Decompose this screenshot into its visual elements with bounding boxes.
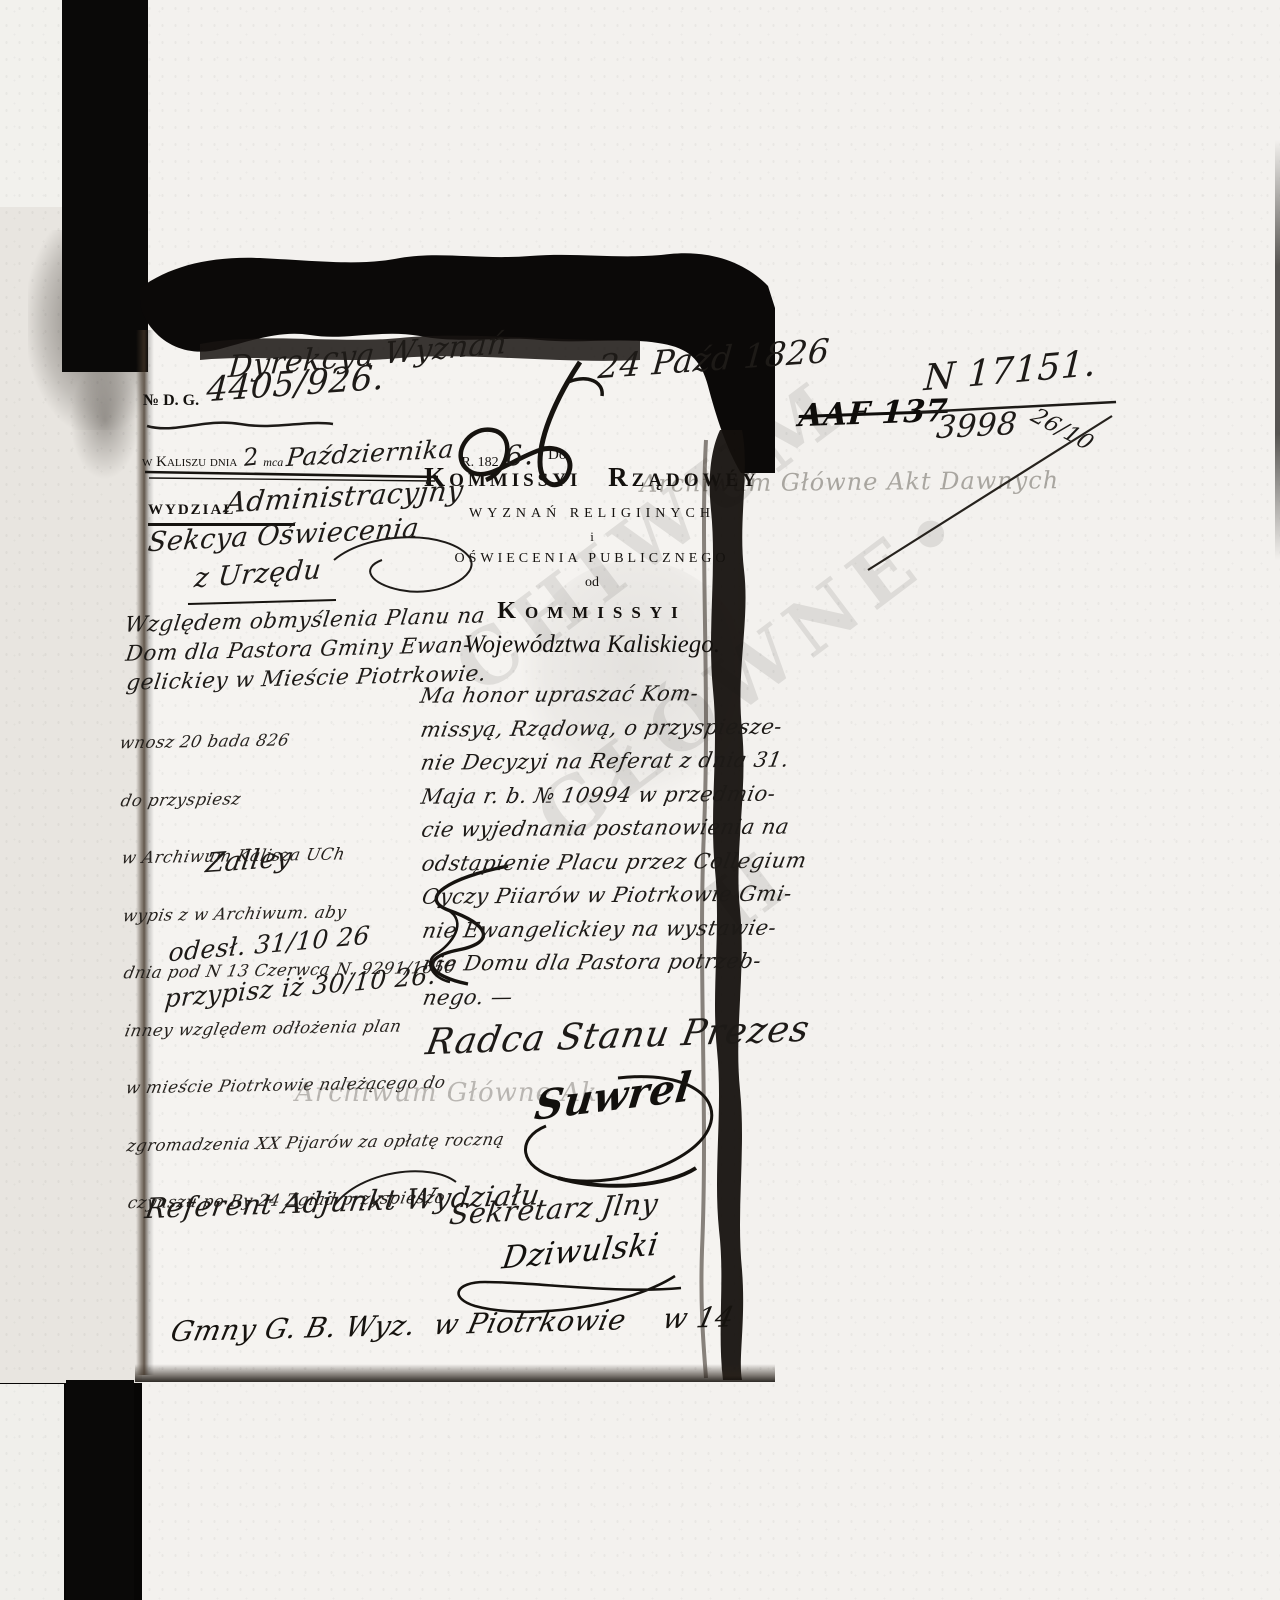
- body-line: cie wyjednania postanowienia na: [418, 810, 809, 847]
- file-number-label: № D. G.: [143, 392, 199, 410]
- referent-flourish: [330, 1160, 460, 1210]
- right-border-artifact: [1275, 140, 1280, 560]
- body-line: nie Ewangelickiey na wystawie-: [419, 911, 810, 948]
- diagonal-pen-slash: [860, 408, 1120, 578]
- month-hand: Października: [285, 434, 456, 472]
- note-line: zgromadzenia XX Pijarów za opłatę roczną: [125, 1129, 506, 1155]
- note-line: w mieście Piotrkowie należącego do: [124, 1072, 505, 1098]
- top-left-white-block: [0, 0, 63, 207]
- body-line: nego. —: [420, 978, 811, 1015]
- film-strip-top: [62, 0, 148, 372]
- bottom-left-white-block: [0, 1384, 64, 1600]
- sekcya-flourish: [330, 520, 480, 610]
- body-line: Maja r. b. № 10994 w przedmio-: [418, 777, 809, 814]
- left-sheet-stain-2: [70, 360, 140, 480]
- page-bottom-shadow: [135, 1364, 775, 1382]
- letter-body: Ma honor upraszać Kom- missyą, Rządową, …: [424, 676, 811, 1014]
- film-strip-bottom: [66, 1380, 134, 1600]
- body-line: nie Domu dla Pastora potrzeb-: [420, 944, 811, 981]
- note-signature: Zalley: [204, 842, 295, 879]
- body-line: missyą, Rządową, o przyspiesze-: [418, 710, 809, 747]
- file-number-underline-flourish: [145, 412, 335, 438]
- radca-signature-flourish: [498, 1068, 728, 1193]
- year-printed: R. 182: [461, 455, 498, 470]
- scanned-archival-document: Archiwum Główne Akt Dawnych Archiwum Głó…: [0, 0, 1280, 1600]
- mca-printed: mca: [263, 455, 283, 469]
- body-line: odstąpienie Placu przez Collegium: [419, 844, 810, 881]
- body-line: Ma honor upraszać Kom-: [417, 676, 808, 713]
- body-line: Oyczy Piiarów w Piotrkowie Gmi-: [419, 877, 810, 914]
- body-line: nie Decyzyi na Referat z dnia 31.: [418, 743, 809, 780]
- year-digit-hand: 6.: [504, 438, 534, 473]
